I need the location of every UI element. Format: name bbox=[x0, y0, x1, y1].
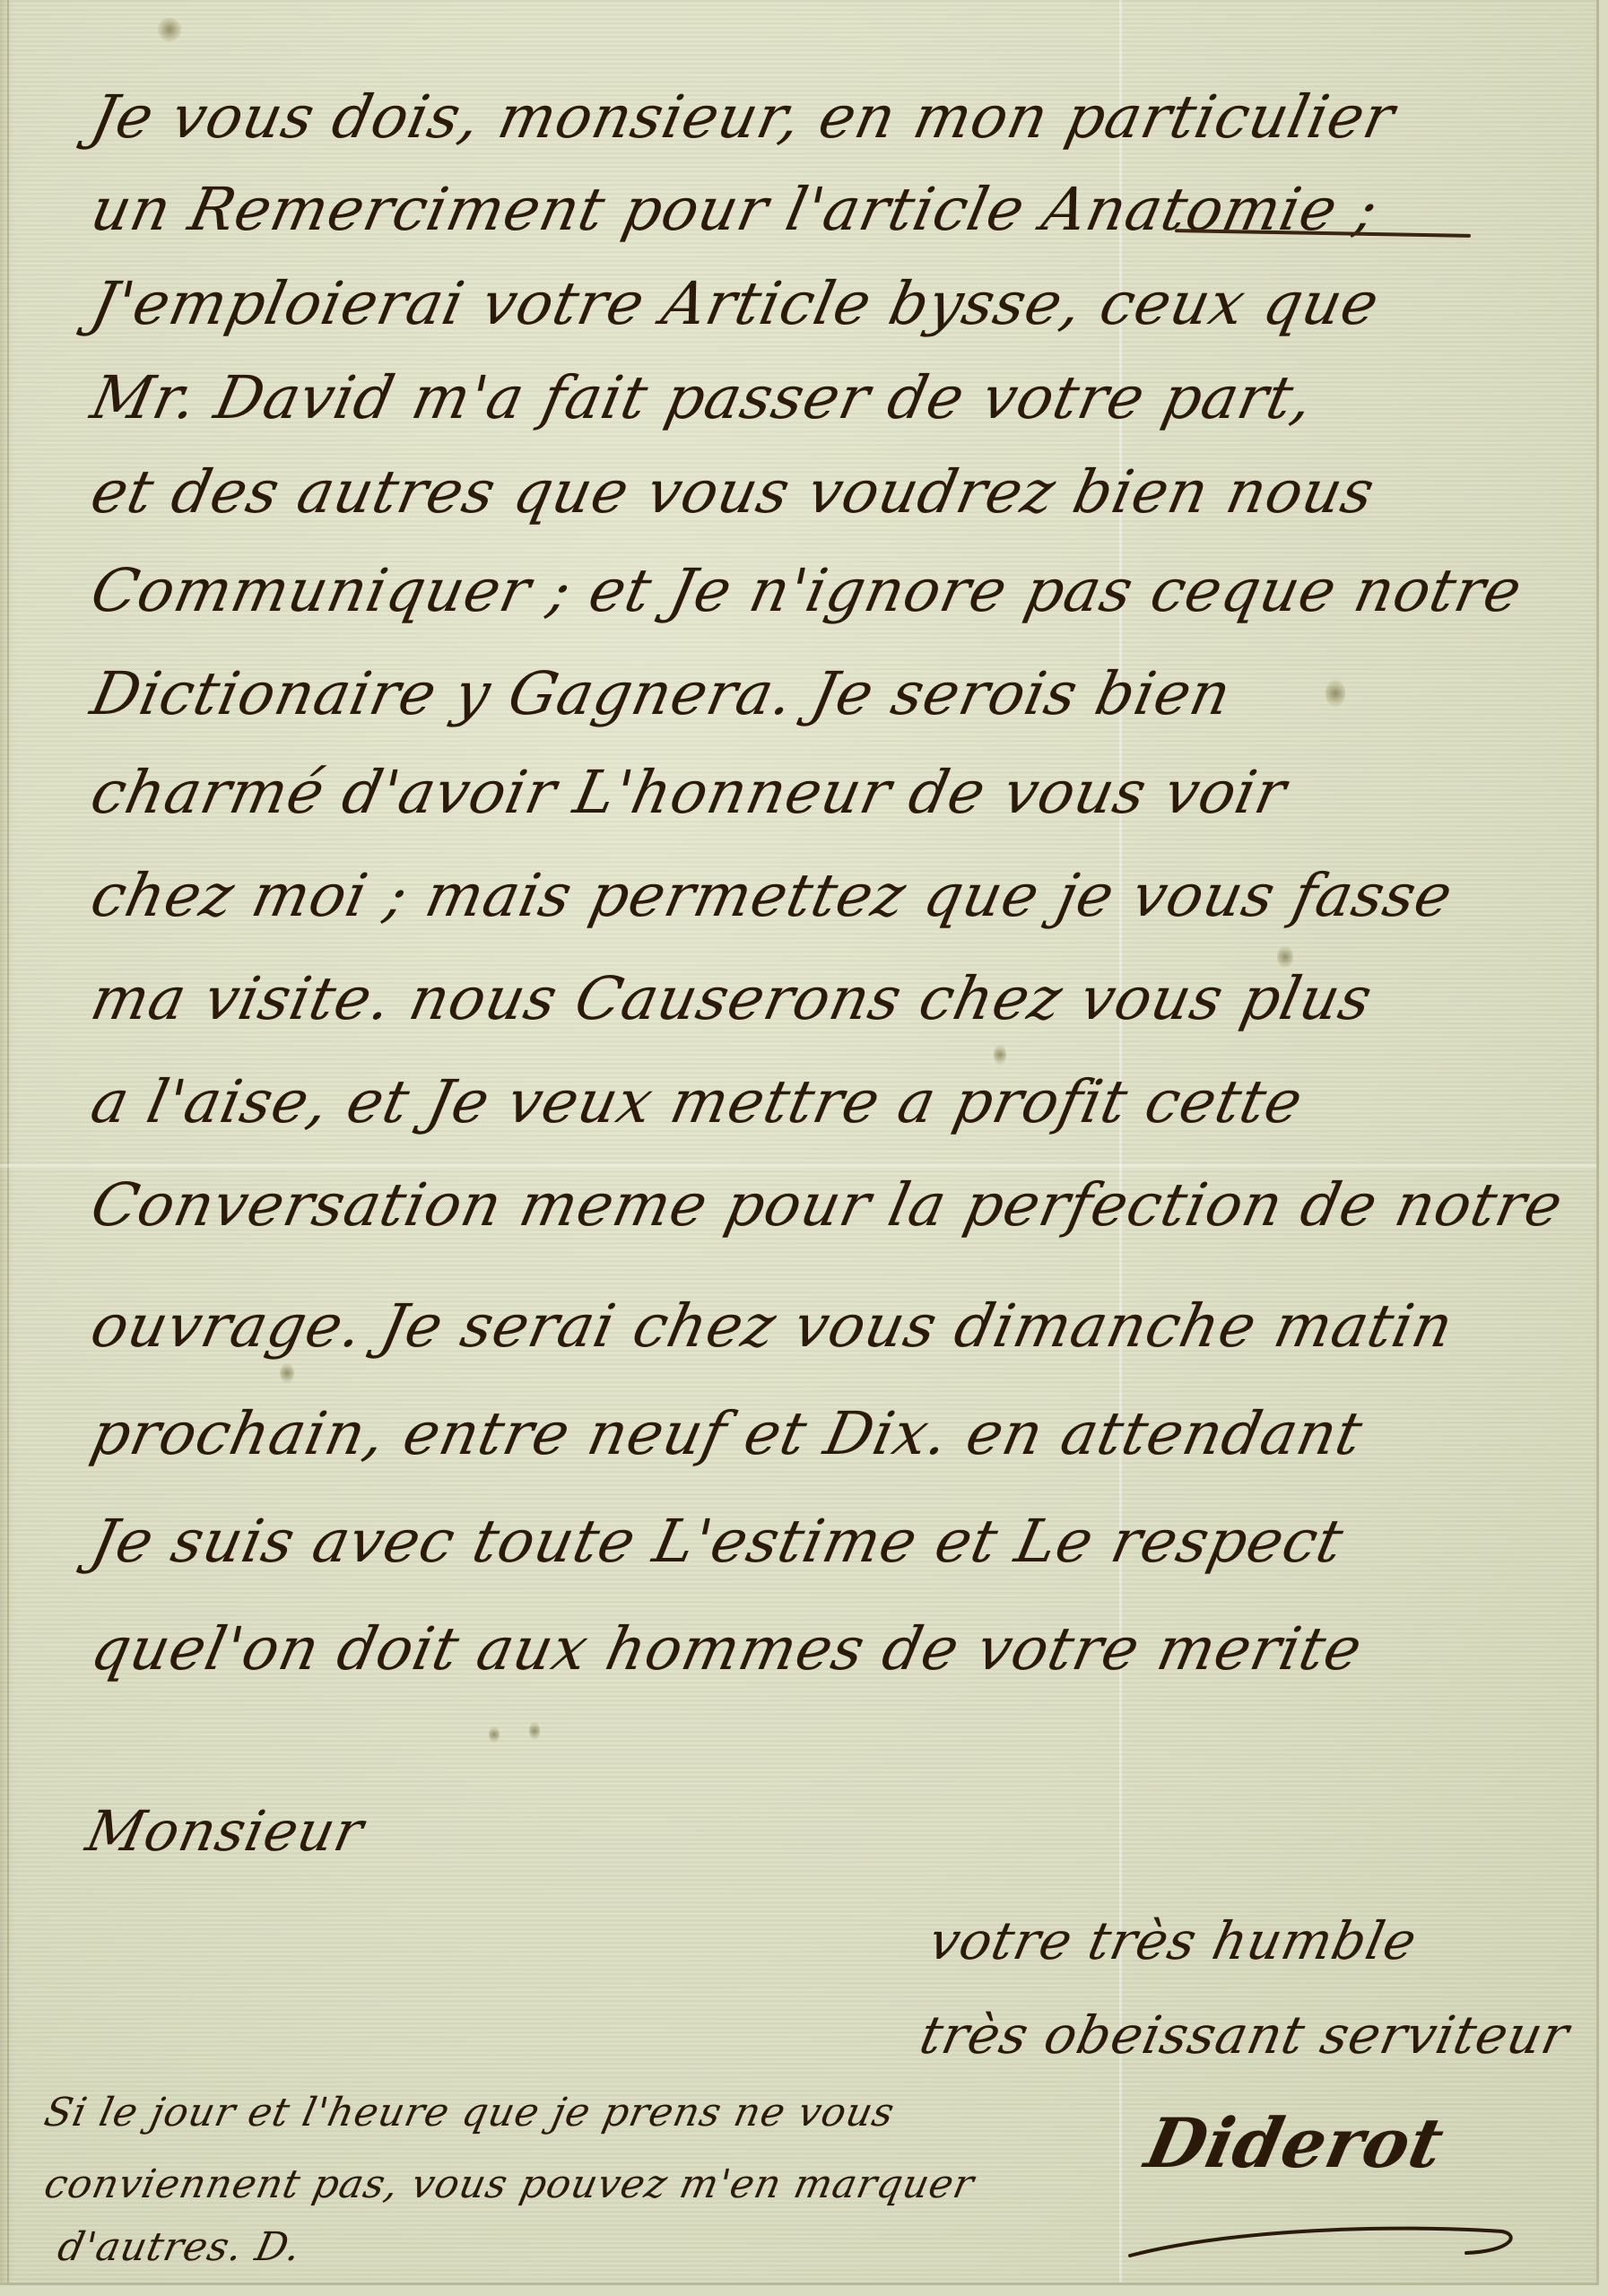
ink-stain bbox=[1326, 680, 1345, 707]
body-line: ma visite. nous Causerons chez vous plus bbox=[85, 964, 1378, 1033]
body-line: chez moi ; mais permettez que je vous fa… bbox=[85, 861, 1459, 930]
body-line: ouvrage. Je serai chez vous dimanche mat… bbox=[85, 1291, 1460, 1361]
body-line: charmé d'avoir L'honneur de vous voir bbox=[85, 758, 1292, 827]
body-line: Conversation meme pour la perfection de … bbox=[85, 1170, 1569, 1239]
body-line: J'emploierai votre Article bysse, ceux q… bbox=[85, 269, 1386, 338]
body-line: Je vous dois, monsieur, en mon particuli… bbox=[85, 83, 1401, 152]
closing-line: très obeissant serviteur bbox=[915, 2005, 1575, 2066]
body-line: prochain, entre neuf et Dix. en attendan… bbox=[85, 1399, 1369, 1468]
salutation: Monsieur bbox=[81, 1798, 369, 1864]
body-line: Je suis avec toute L'estime et Le respec… bbox=[85, 1507, 1350, 1576]
body-line: a l'aise, et Je veux mettre a profit cet… bbox=[85, 1067, 1309, 1136]
body-line: quel'on doit aux hommes de votre merite bbox=[85, 1614, 1369, 1683]
body-line: Dictionaire y Gagnera. Je serois bien bbox=[85, 659, 1238, 728]
postscript-line: conviennent pas, vous pouvez m'en marque… bbox=[40, 2161, 978, 2207]
ink-stain bbox=[280, 1363, 294, 1383]
body-line: Communiquer ; et Je n'ignore pas ceque n… bbox=[85, 556, 1528, 625]
body-line: un Remerciment pour l'article Anatomie ; bbox=[85, 175, 1385, 244]
horizontal-fold-line bbox=[0, 1164, 1596, 1168]
body-line: Mr. David m'a fait passer de votre part, bbox=[85, 363, 1320, 432]
ink-stain bbox=[529, 1722, 540, 1740]
paper-edge bbox=[7, 0, 9, 2283]
postscript-line: d'autres. D. bbox=[54, 2224, 306, 2270]
letter-page: Je vous dois, monsieur, en mon particuli… bbox=[0, 0, 1599, 2285]
body-line: et des autres que vous voudrez bien nous bbox=[85, 457, 1381, 526]
ink-stain bbox=[489, 1726, 500, 1743]
closing-line: votre très humble bbox=[924, 1910, 1422, 1971]
signature: Diderot bbox=[1139, 2103, 1451, 2183]
signature-flourish bbox=[1126, 2224, 1520, 2260]
ink-stain bbox=[994, 1045, 1006, 1065]
ink-stain bbox=[158, 18, 181, 41]
postscript-line: Si le jour et l'heure que je prens ne vo… bbox=[40, 2090, 899, 2135]
